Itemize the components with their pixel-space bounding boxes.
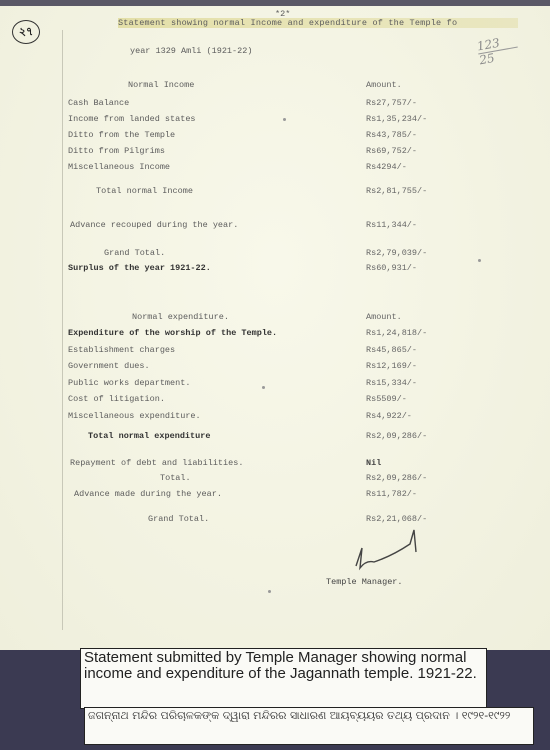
expenditure-item-label: Public works department. [68, 378, 190, 388]
income-item-amount: Rs1,35,234/- [366, 114, 427, 124]
income-item-label: Ditto from the Temple [68, 130, 175, 140]
margin-line [62, 30, 63, 630]
expenditure-subtotal-label: Total. [160, 473, 191, 483]
expenditure-item-label: Miscellaneous expenditure. [68, 411, 201, 421]
caption-odia: ଜଗନ୍ନାଥ ମନ୍ଦିର ପରିଚାଳକଙ୍କ ଦ୍ୱାରା ମନ୍ଦିରର… [88, 708, 528, 724]
income-advance-amount: Rs11,344/- [366, 220, 417, 230]
expenditure-item-amount: Rs15,334/- [366, 378, 417, 388]
income-section-title: Normal Income [128, 80, 194, 90]
expenditure-grand-total-label: Grand Total. [148, 514, 209, 524]
speck [268, 590, 271, 593]
document-subheading: year 1329 Amli (1921-22) [130, 46, 252, 56]
repayment-amount: Nil [366, 458, 381, 468]
expenditure-item-label: Establishment charges [68, 345, 175, 355]
page-mark-bottom: 25 [478, 51, 495, 67]
income-total-amount: Rs2,81,755/- [366, 186, 427, 196]
speck [478, 259, 481, 262]
caption-english: Statement submitted by Temple Manager sh… [84, 650, 484, 682]
expenditure-advance-amount: Rs11,782/- [366, 489, 417, 499]
expenditure-grand-total-amount: Rs2,21,068/- [366, 514, 427, 524]
income-total-label: Total normal Income [96, 186, 193, 196]
income-grand-total-label: Grand Total. [104, 248, 165, 258]
signature-mark [352, 526, 422, 571]
expenditure-item-label: Government dues. [68, 361, 150, 371]
expenditure-item-amount: Rs45,865/- [366, 345, 417, 355]
speck [262, 386, 265, 389]
speck [283, 118, 286, 121]
income-item-label: Cash Balance [68, 98, 129, 108]
income-item-amount: Rs43,785/- [366, 130, 417, 140]
income-item-amount: Rs27,757/- [366, 98, 417, 108]
repayment-label: Repayment of debt and liabilities. [70, 458, 243, 468]
expenditure-advance-label: Advance made during the year. [74, 489, 222, 499]
income-grand-total-amount: Rs2,79,039/- [366, 248, 427, 258]
document-heading: Statement showing normal Income and expe… [118, 18, 518, 28]
income-item-label: Income from landed states [68, 114, 196, 124]
income-item-amount: Rs69,752/- [366, 146, 417, 156]
income-amount-header: Amount. [366, 80, 402, 90]
income-item-amount: Rs4294/- [366, 162, 407, 172]
document-page: ২৭ 123 25 *2* Statement showing normal I… [0, 6, 550, 650]
surplus-label: Surplus of the year 1921-22. [68, 263, 211, 273]
expenditure-subtotal-amount: Rs2,09,286/- [366, 473, 427, 483]
income-advance-label: Advance recouped during the year. [70, 220, 238, 230]
signatory-label: Temple Manager. [326, 577, 403, 587]
folio-number: ২৭ [12, 20, 40, 44]
expenditure-item-amount: Rs12,169/- [366, 361, 417, 371]
page-number-mark: 123 25 [476, 35, 520, 67]
expenditure-item-amount: Rs4,922/- [366, 411, 412, 421]
expenditure-item-label: Expenditure of the worship of the Temple… [68, 328, 277, 338]
expenditure-total-label: Total normal expenditure [88, 431, 210, 441]
expenditure-item-amount: Rs1,24,818/- [366, 328, 427, 338]
income-item-label: Miscellaneous Income [68, 162, 170, 172]
expenditure-section-title: Normal expenditure. [132, 312, 229, 322]
income-item-label: Ditto from Pilgrims [68, 146, 165, 156]
surplus-amount: Rs60,931/- [366, 263, 417, 273]
expenditure-item-amount: Rs5509/- [366, 394, 407, 404]
expenditure-total-amount: Rs2,09,286/- [366, 431, 427, 441]
expenditure-item-label: Cost of litigation. [68, 394, 165, 404]
expenditure-amount-header: Amount. [366, 312, 402, 322]
